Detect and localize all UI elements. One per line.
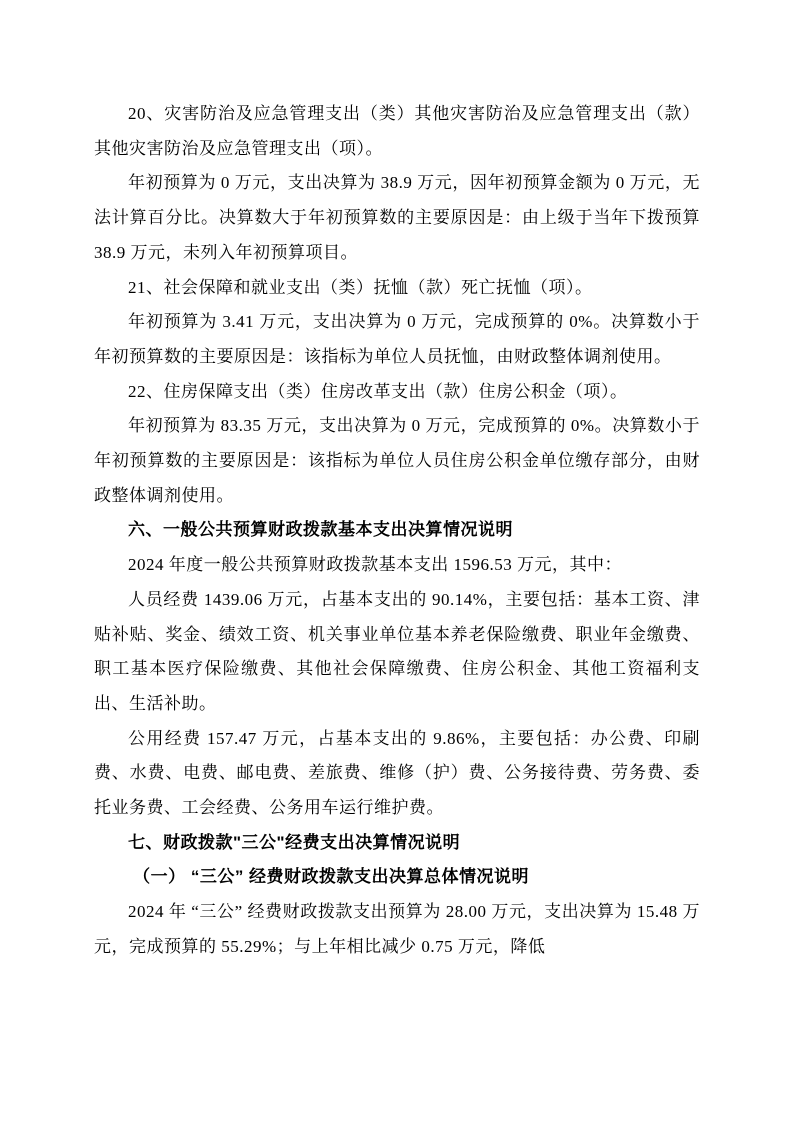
document-page: 20、灾害防治及应急管理支出（类）其他灾害防治及应急管理支出（款）其他灾害防治及…: [0, 0, 793, 1122]
paragraph-section-20-title: 20、灾害防治及应急管理支出（类）其他灾害防治及应急管理支出（款）其他灾害防治及…: [94, 97, 700, 166]
paragraph-section-21-detail: 年初预算为 3.41 万元，支出决算为 0 万元，完成预算的 0%。决算数小于年…: [94, 305, 700, 374]
paragraph-section-22-title: 22、住房保障支出（类）住房改革支出（款）住房公积金（项）。: [94, 375, 700, 410]
document-body: 20、灾害防治及应急管理支出（类）其他灾害防治及应急管理支出（款）其他灾害防治及…: [94, 97, 700, 965]
section-heading-seven: 七、财政拨款"三公"经费支出决算情况说明: [94, 826, 700, 861]
paragraph-basic-expenditure: 2024 年度一般公共预算财政拨款基本支出 1596.53 万元，其中：: [94, 548, 700, 583]
paragraph-section-21-title: 21、社会保障和就业支出（类）抚恤（款）死亡抚恤（项）。: [94, 271, 700, 306]
paragraph-section-20-detail: 年初预算为 0 万元，支出决算为 38.9 万元，因年初预算金额为 0 万元，无…: [94, 166, 700, 270]
paragraph-public-funds: 公用经费 157.47 万元，占基本支出的 9.86%，主要包括：办公费、印刷费…: [94, 722, 700, 826]
paragraph-section-22-detail: 年初预算为 83.35 万元，支出决算为 0 万元，完成预算的 0%。决算数小于…: [94, 409, 700, 513]
paragraph-three-public-overview: 2024 年 “三公” 经费财政拨款支出预算为 28.00 万元，支出决算为 1…: [94, 895, 700, 964]
section-heading-six: 六、一般公共预算财政拨款基本支出决算情况说明: [94, 513, 700, 548]
subsection-heading-one: （一） “三公” 经费财政拨款支出决算总体情况说明: [94, 860, 700, 895]
paragraph-personnel-funds: 人员经费 1439.06 万元，占基本支出的 90.14%，主要包括：基本工资、…: [94, 583, 700, 722]
